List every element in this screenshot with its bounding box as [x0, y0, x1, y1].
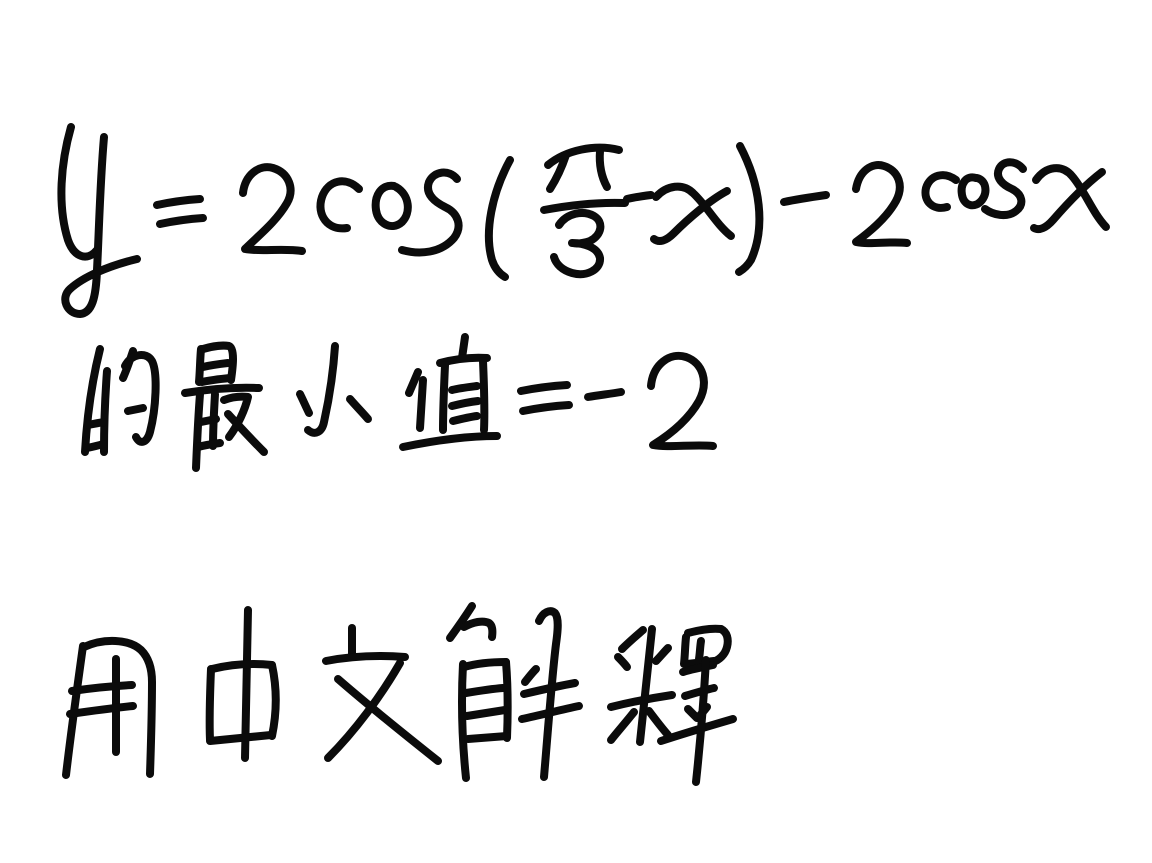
ink-stroke — [627, 195, 651, 199]
glyph-zui — [185, 346, 264, 468]
ink-stroke — [466, 688, 503, 693]
ink-stroke — [544, 203, 625, 210]
ink-stroke — [308, 346, 335, 433]
ink-stroke — [88, 422, 104, 425]
glyph-jie — [450, 606, 579, 778]
ink-stroke — [611, 712, 634, 740]
ink-stroke — [856, 165, 907, 243]
ink-stroke — [128, 408, 143, 411]
ink-stroke — [925, 175, 956, 208]
ink-stroke — [185, 388, 259, 393]
glyph-yong — [66, 641, 152, 775]
glyph-zhong — [210, 610, 276, 758]
ink-stroke — [196, 394, 200, 468]
glyph-o-2 — [962, 177, 986, 205]
ink-stroke — [688, 629, 721, 633]
glyph-equals-2 — [521, 385, 569, 411]
ink-stroke — [656, 648, 668, 661]
glyph-paren-close — [739, 146, 759, 272]
glyph-equals — [157, 199, 203, 224]
ink-stroke — [699, 641, 701, 659]
glyph-two — [243, 167, 302, 251]
ink-stroke — [525, 669, 536, 682]
ink-stroke — [489, 160, 510, 277]
ink-stroke — [985, 162, 1023, 215]
ink-stroke — [198, 443, 220, 447]
glyph-x — [654, 187, 731, 241]
ink-stroke — [685, 688, 714, 696]
ink-stroke — [70, 706, 133, 714]
ink-stroke — [65, 137, 137, 314]
ink-stroke — [326, 656, 405, 661]
ink-stroke — [350, 399, 368, 419]
ink-stroke — [201, 419, 216, 422]
glyph-minus — [627, 195, 651, 199]
ink-stroke — [87, 444, 103, 448]
ink-stroke — [453, 416, 477, 421]
handwritten-note: y = 2cos(π/3 − x) − 2cosx 的最小值 = −2 用中文解… — [0, 0, 1152, 863]
ink-stroke — [464, 622, 492, 637]
ink-stroke — [376, 186, 408, 226]
ink-stroke — [160, 218, 203, 224]
glyph-pi — [548, 148, 619, 189]
glyph-c — [320, 181, 359, 228]
ink-stroke — [739, 146, 759, 272]
ink-stroke — [467, 710, 505, 716]
ink-stroke — [523, 405, 569, 411]
ink-stroke — [443, 365, 445, 430]
ink-stroke — [452, 401, 478, 406]
glyph-minus-2 — [784, 195, 826, 202]
ink-stroke — [320, 181, 359, 228]
ink-stroke — [212, 664, 272, 669]
ink-stroke — [651, 356, 713, 446]
ink-stroke — [649, 711, 668, 735]
glyph-fraction-bar — [544, 203, 625, 210]
ink-stroke — [539, 611, 558, 777]
handwriting-line-instruction — [66, 606, 733, 782]
ink-stroke — [618, 657, 627, 667]
glyph-minus-3 — [588, 392, 621, 397]
ink-layer — [0, 0, 1152, 863]
glyph-c-2 — [925, 175, 956, 208]
ink-stroke — [210, 735, 271, 741]
ink-stroke — [338, 679, 438, 761]
handwriting-line-equation — [61, 127, 1106, 314]
ink-stroke — [713, 629, 728, 662]
ink-stroke — [483, 361, 484, 430]
glyph-shi — [611, 629, 733, 782]
ink-stroke — [104, 371, 107, 452]
handwriting-line-minimum-value — [85, 337, 713, 468]
ink-stroke — [210, 669, 211, 740]
ink-stroke — [521, 385, 567, 391]
ink-stroke — [272, 665, 276, 736]
ink-stroke — [203, 363, 228, 367]
ink-stroke — [554, 213, 600, 274]
ink-stroke — [300, 394, 309, 413]
ink-stroke — [420, 380, 423, 428]
ink-stroke — [403, 436, 497, 447]
ink-stroke — [468, 736, 507, 739]
glyph-y — [61, 127, 137, 314]
ink-stroke — [452, 386, 477, 390]
ink-stroke — [462, 664, 466, 778]
ink-stroke — [684, 637, 686, 664]
glyph-x-2 — [1034, 168, 1106, 229]
glyph-two-3 — [651, 356, 713, 446]
ink-stroke — [962, 177, 986, 205]
glyph-zhi — [403, 337, 497, 447]
glyph-three — [554, 213, 600, 274]
ink-stroke — [61, 127, 97, 257]
glyph-de — [85, 349, 156, 452]
glyph-wen — [326, 628, 438, 761]
ink-stroke — [72, 685, 132, 691]
ink-stroke — [784, 195, 826, 202]
ink-stroke — [157, 199, 200, 205]
ink-stroke — [548, 148, 619, 165]
ink-stroke — [506, 662, 508, 738]
glyph-xiao — [300, 346, 368, 433]
ink-stroke — [409, 372, 418, 393]
ink-stroke — [640, 629, 652, 742]
ink-stroke — [202, 378, 230, 382]
ink-stroke — [588, 392, 621, 397]
glyph-two-2 — [856, 165, 907, 243]
ink-stroke — [85, 349, 100, 452]
ink-stroke — [600, 151, 607, 187]
ink-stroke — [622, 630, 643, 649]
glyph-s-2 — [985, 162, 1023, 215]
glyph-o — [376, 186, 408, 226]
glyph-paren-open — [489, 160, 510, 277]
ink-stroke — [464, 662, 506, 667]
ink-stroke — [243, 167, 302, 251]
